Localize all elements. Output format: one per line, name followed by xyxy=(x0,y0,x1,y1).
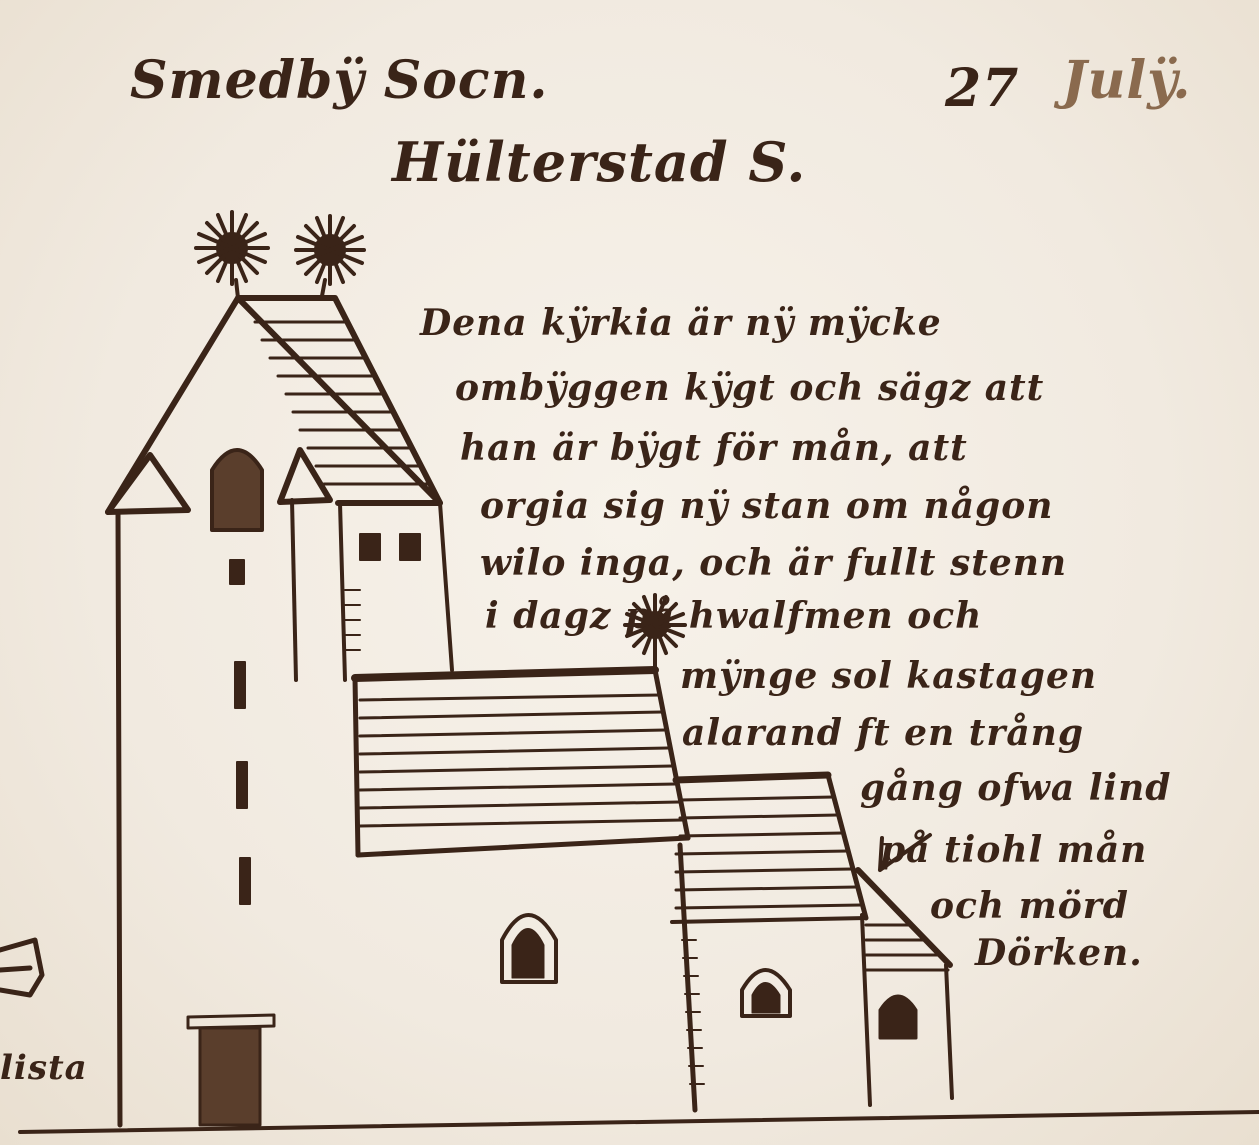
apse-wall-left xyxy=(862,915,870,1105)
date-day: 27 xyxy=(945,58,1019,119)
tower-slit-window-2 xyxy=(235,662,245,708)
tower-door-lintel xyxy=(188,1015,274,1028)
parish-heading: Smedbÿ Socn. xyxy=(130,50,549,111)
body-line: gång ofwa lind xyxy=(860,770,1171,806)
tower-slit-window-3 xyxy=(237,762,247,808)
gable-triangle-left xyxy=(108,455,188,512)
chancel-roof-top xyxy=(676,775,828,780)
church-name-heading: Hülterstad S. xyxy=(392,130,806,194)
tower-wall-left xyxy=(118,512,120,1125)
tower-side-hatching xyxy=(345,590,360,650)
body-line: på tiohl mån xyxy=(880,832,1147,868)
tower-door xyxy=(200,1028,260,1125)
nave-roof-left xyxy=(355,678,358,855)
nave-roof-tiles xyxy=(360,695,683,826)
tower-small-window-2 xyxy=(400,534,420,560)
date-month: Julÿ. xyxy=(1062,50,1192,111)
tower-wall-right xyxy=(292,500,296,680)
manuscript-page: Smedbÿ Socn. 27 Julÿ. Hülterstad S. Dena… xyxy=(0,0,1259,1145)
body-line: alarand ft en trång xyxy=(682,715,1084,751)
chancel-wall-left xyxy=(680,845,695,1110)
tower-slit-window-4 xyxy=(240,858,250,904)
tower-slit-window-1 xyxy=(230,560,244,584)
body-line: mÿnge sol kastagen xyxy=(680,658,1097,694)
tower-arched-window xyxy=(212,450,262,530)
body-line: Dena kÿrkia är nÿ mÿcke xyxy=(420,305,942,341)
nave-roof-bottom xyxy=(358,838,688,855)
apse-window xyxy=(880,996,916,1038)
body-line: och mörd xyxy=(930,888,1129,924)
body-line: han är bÿgt för mån, att xyxy=(460,430,968,466)
apse-wall-right xyxy=(946,965,952,1098)
margin-note: lista xyxy=(0,1048,88,1088)
body-line: i dagz på hwalfmen och xyxy=(485,598,982,634)
chancel-roof-bottom xyxy=(672,918,866,922)
nave-roof-top xyxy=(355,670,655,678)
gable-triangle-right xyxy=(280,450,330,502)
body-line: ombÿggen kÿgt och sägz att xyxy=(455,370,1044,406)
body-line: wilo inga, och är fullt stenn xyxy=(480,545,1067,581)
body-line: orgia sig nÿ stan om någon xyxy=(480,488,1053,524)
margin-building-fragment xyxy=(0,940,42,995)
tower-small-window-1 xyxy=(360,534,380,560)
body-line: Dörken. xyxy=(975,935,1143,971)
chancel-roof-tiles xyxy=(676,797,861,908)
